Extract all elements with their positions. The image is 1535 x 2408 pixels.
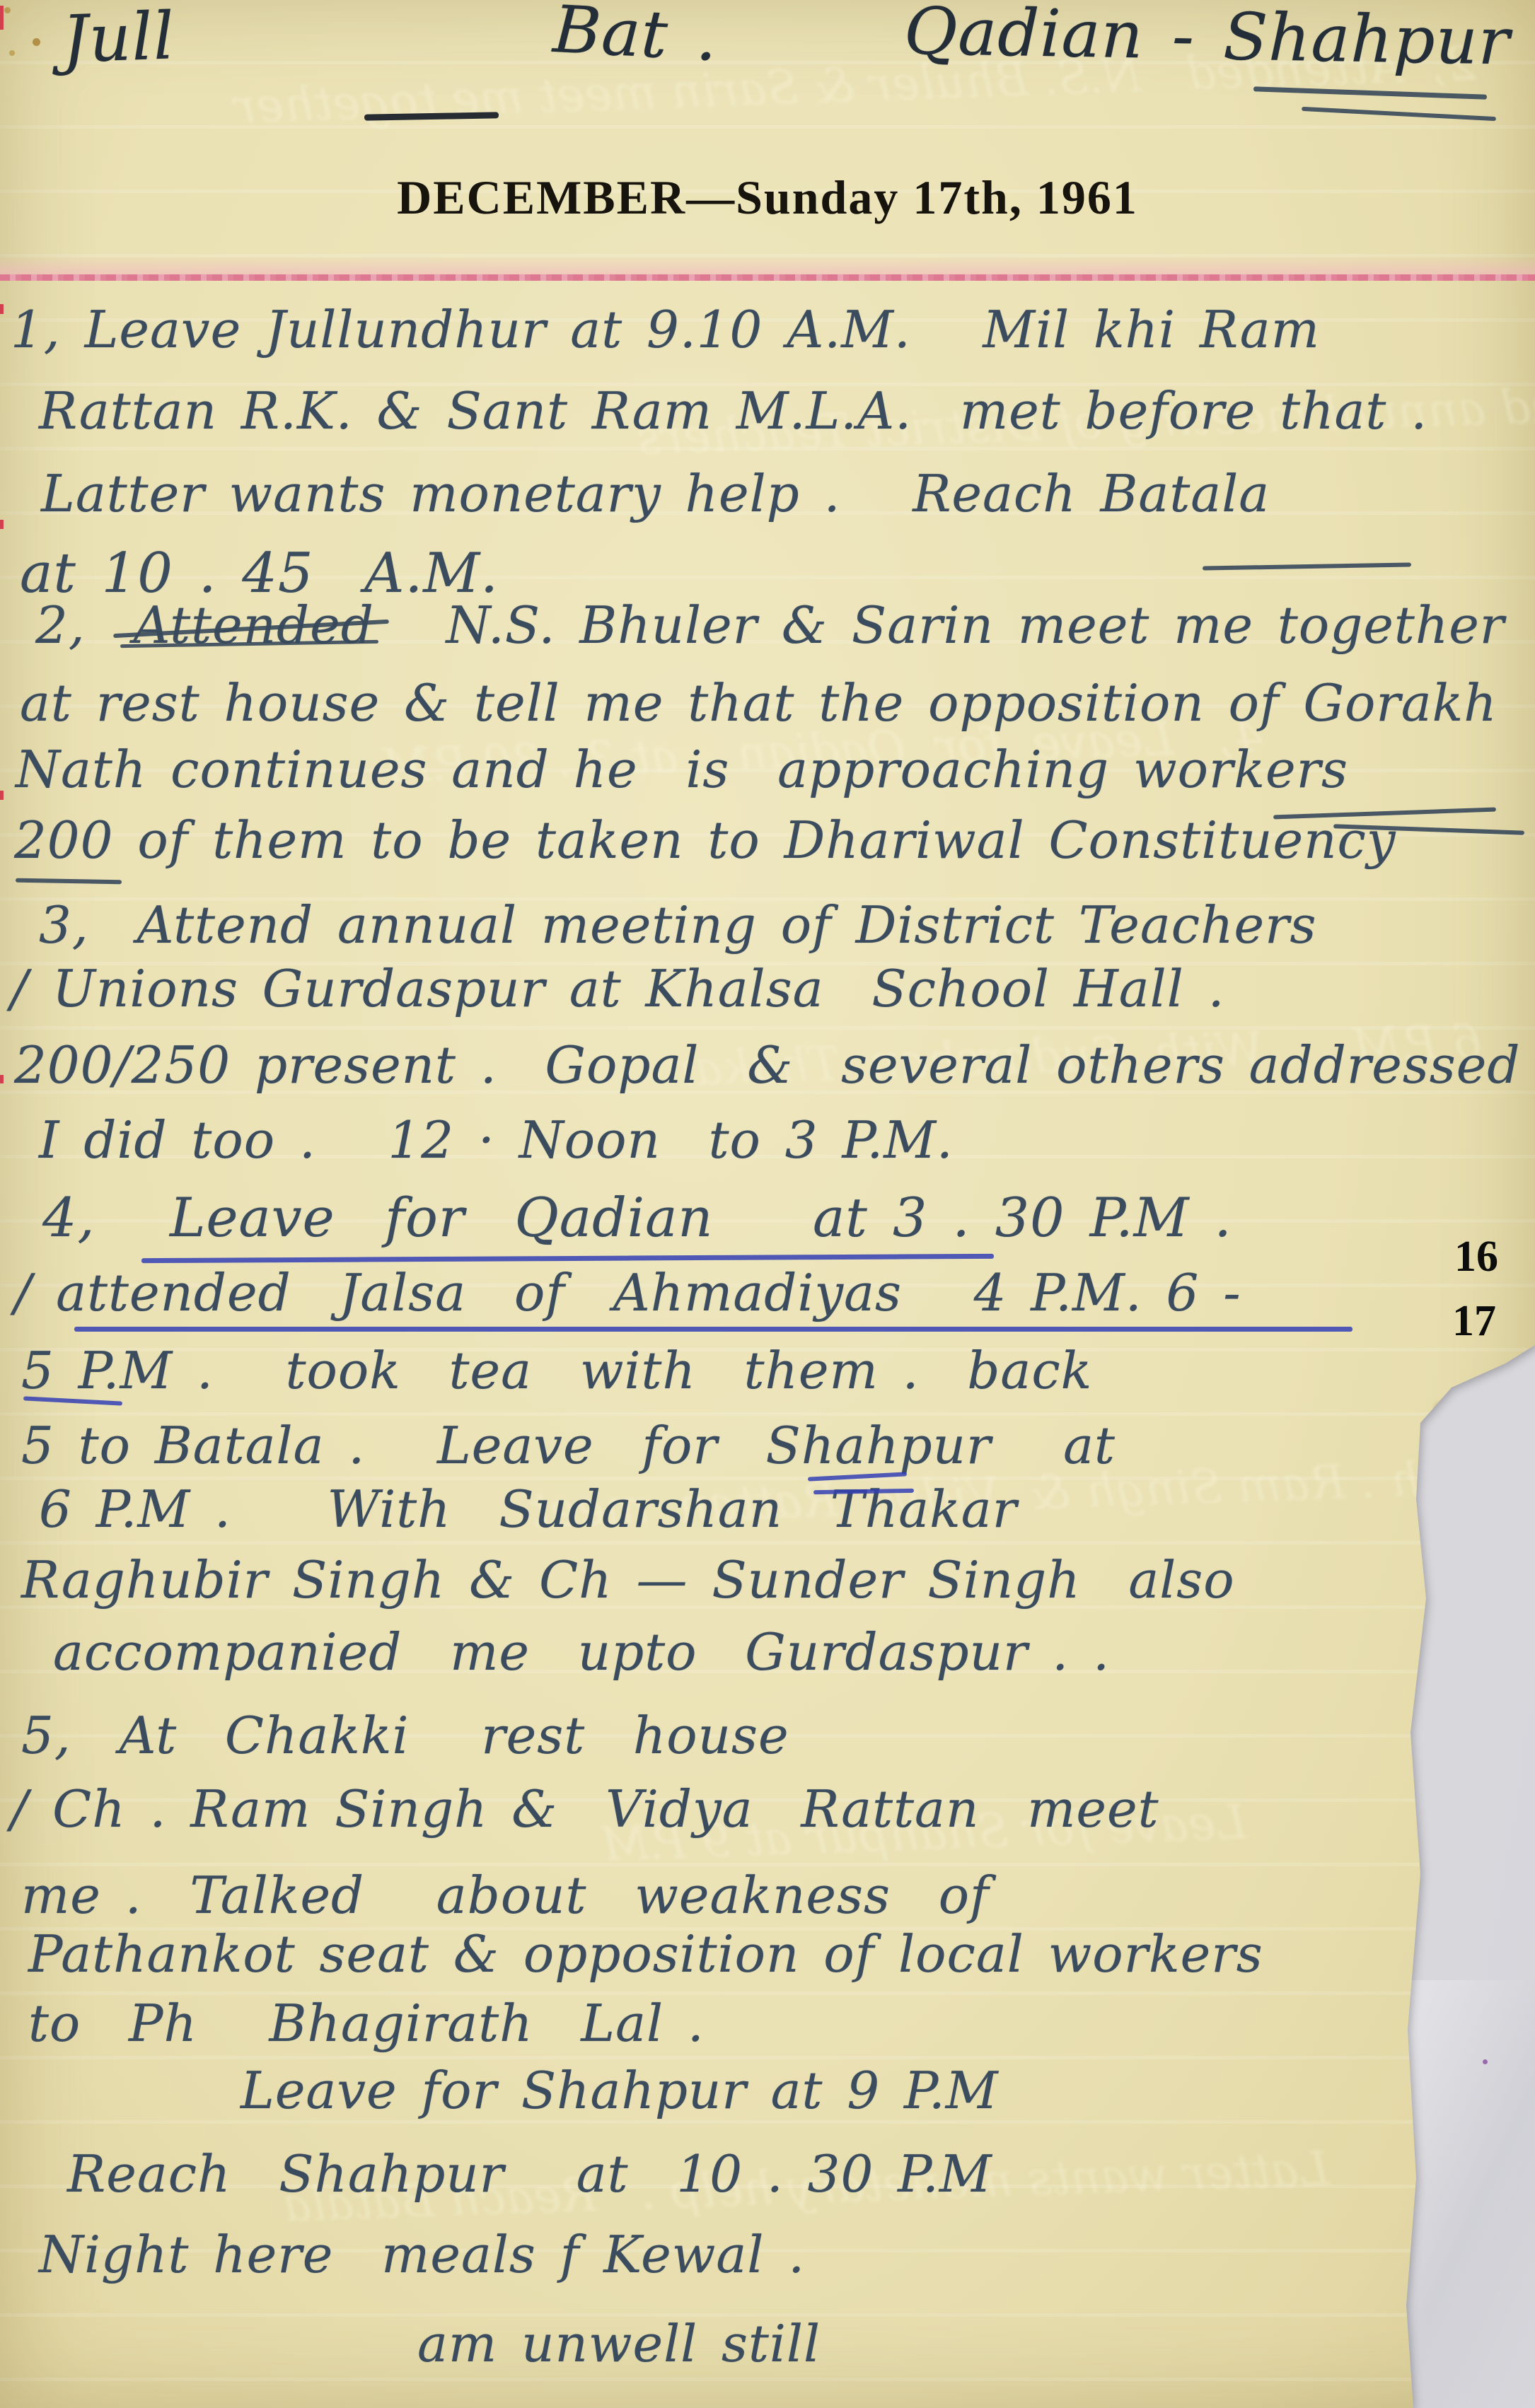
diary-line: 1, Leave Jullundhur at 9.10 A.M. Mil khi… <box>11 304 1320 355</box>
diary-line: / Unions Gurdaspur at Khalsa School Hall… <box>11 963 1225 1014</box>
diary-line: 5, At Chakki rest house <box>21 1710 789 1761</box>
header-route-left: Jull <box>61 4 175 72</box>
diary-line: Leave for Shahpur at 9 P.M <box>241 2065 998 2116</box>
scan-edge-fleck <box>0 1075 4 1083</box>
diary-line: Night here meals f Kewal . <box>39 2229 805 2280</box>
diary-line: / attended Jalsa of Ahmadiyas 4 P.M. 6 - <box>14 1267 1241 1318</box>
diary-line: at rest house & tell me that the opposit… <box>20 677 1498 728</box>
diary-line: Raghubir Singh & Ch — Sunder Singh also <box>21 1554 1235 1605</box>
page-number-16: 16 <box>1454 1232 1498 1282</box>
age-spot <box>33 38 40 46</box>
diary-line: 200 of them to be taken to Dhariwal Cons… <box>14 815 1396 866</box>
diary-line: me . Talked about weakness of <box>21 1870 990 1921</box>
diary-line: accompanied me upto Gurdaspur . . <box>53 1627 1110 1677</box>
diary-line: 5 to Batala . Leave for Shahpur at <box>21 1420 1116 1471</box>
pink-rule <box>0 274 1535 281</box>
shahpur-underline-2 <box>1302 107 1496 121</box>
diary-line: Rattan R.K. & Sant Ram M.L.A. met before… <box>39 385 1427 436</box>
diary-line: Reach Shahpur at 10 . 30 P.M <box>67 2148 992 2199</box>
ink-speck <box>1483 2059 1488 2064</box>
jalsa-line-blue-underline <box>74 1327 1352 1332</box>
diary-line: Latter wants monetary help . Reach Batal… <box>41 468 1270 519</box>
diary-line: 3, Attend annual meeting of District Tea… <box>39 900 1316 950</box>
header-route-center: Bat . <box>552 0 719 71</box>
scan-edge-fleck <box>0 304 4 314</box>
diary-line: am unwell still <box>417 2318 821 2369</box>
scan-edge-fleck <box>0 791 4 800</box>
pink-rule-glow <box>0 256 1535 274</box>
printed-date-heading: DECEMBER—Sunday 17th, 1961 <box>397 170 1138 226</box>
age-spot <box>4 7 11 13</box>
diary-line: at 10 . 45 A.M. <box>20 546 499 601</box>
two-hundred-underline <box>16 878 122 885</box>
diary-line: I did too . 12 · Noon to 3 P.M. <box>39 1115 954 1165</box>
diary-line: Pathankot seat & opposition of local wor… <box>28 1929 1263 1979</box>
age-spot <box>9 50 15 56</box>
scan-edge-fleck <box>0 6 4 30</box>
diary-line: / Ch . Ram Singh & Vidya Rattan meet <box>11 1784 1159 1834</box>
header-route-right: Qadian - Shahpur <box>903 0 1510 74</box>
diary-line: Nath continues and he is approaching wor… <box>16 744 1348 795</box>
diary-line: 4, Leave for Qadian at 3 . 30 P.M . <box>42 1191 1232 1245</box>
scanned-diary-page: { "page": { "paper_color": "#eae1b4", "u… <box>0 0 1535 2408</box>
page-number-17: 17 <box>1452 1296 1496 1346</box>
scan-edge-fleck <box>0 520 4 529</box>
diary-line: 200/250 present . Gopal & several others… <box>14 1040 1535 1090</box>
diary-line: to Ph Bhagirath Lal . <box>28 1998 705 2049</box>
diary-line: 5 P.M . took tea with them . back <box>21 1345 1092 1396</box>
diary-paper: 2, Attended N.S. Bhuler & Sarin meet me … <box>0 0 1535 2408</box>
age-smudge <box>1435 1402 1453 1414</box>
batala-underline <box>1203 562 1411 570</box>
qadian-line-blue-underline <box>141 1254 994 1263</box>
